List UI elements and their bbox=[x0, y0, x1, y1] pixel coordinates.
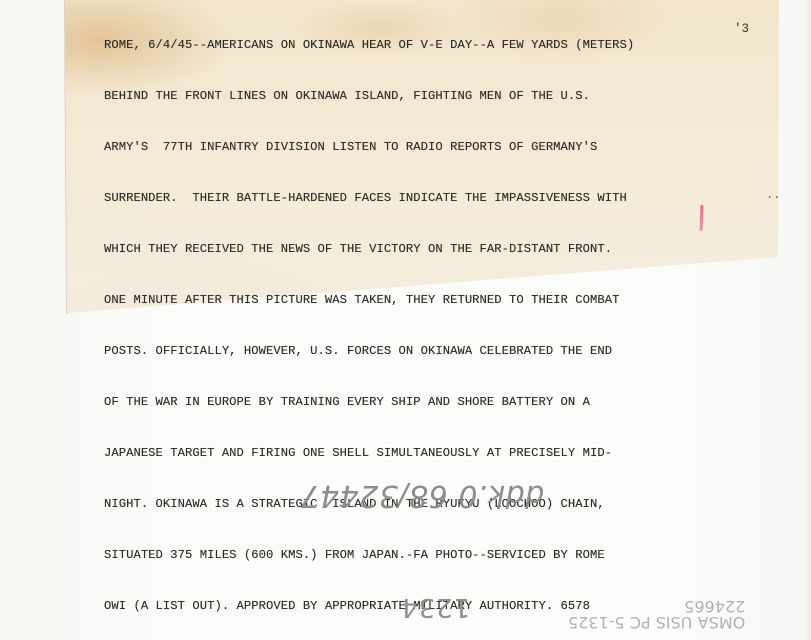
handwritten-archive-reference: OMSA USIS PC 5-1325 224665 bbox=[568, 598, 745, 630]
caption-line: WHICH THEY RECEIVED THE NEWS OF THE VICT… bbox=[104, 241, 784, 258]
caption-line: SURRENDER. THEIR BATTLE-HARDENED FACES I… bbox=[104, 190, 784, 207]
caption-line: OF THE WAR IN EUROPE BY TRAINING EVERY S… bbox=[104, 394, 784, 411]
handwritten-item-number: 1234 bbox=[400, 592, 470, 622]
caption-line: ONE MINUTE AFTER THIS PICTURE WAS TAKEN,… bbox=[104, 292, 784, 309]
caption-text: ROME, 6/4/45--AMERICANS ON OKINAWA HEAR … bbox=[104, 3, 784, 632]
page-marker: '3 bbox=[734, 22, 749, 36]
caption-line: ROME, 6/4/45--AMERICANS ON OKINAWA HEAR … bbox=[104, 37, 784, 54]
archive-line: OMSA USIS PC 5-1325 bbox=[568, 614, 745, 630]
caption-line: SITUATED 375 MILES (600 KMS.) FROM JAPAN… bbox=[104, 547, 784, 564]
archive-line: 224665 bbox=[568, 598, 745, 614]
caption-line: ARMY'S 77TH INFANTRY DIVISION LISTEN TO … bbox=[104, 139, 784, 156]
caption-line: BEHIND THE FRONT LINES ON OKINAWA ISLAND… bbox=[104, 88, 784, 105]
stray-marks: .. bbox=[766, 188, 780, 202]
caption-line: POSTS. OFFICIALLY, HOWEVER, U.S. FORCES … bbox=[104, 343, 784, 360]
caption-line: JAPANESE TARGET AND FIRING ONE SHELL SIM… bbox=[104, 445, 784, 462]
handwritten-catalog-number: ddk.0 68/32447 bbox=[300, 478, 544, 513]
